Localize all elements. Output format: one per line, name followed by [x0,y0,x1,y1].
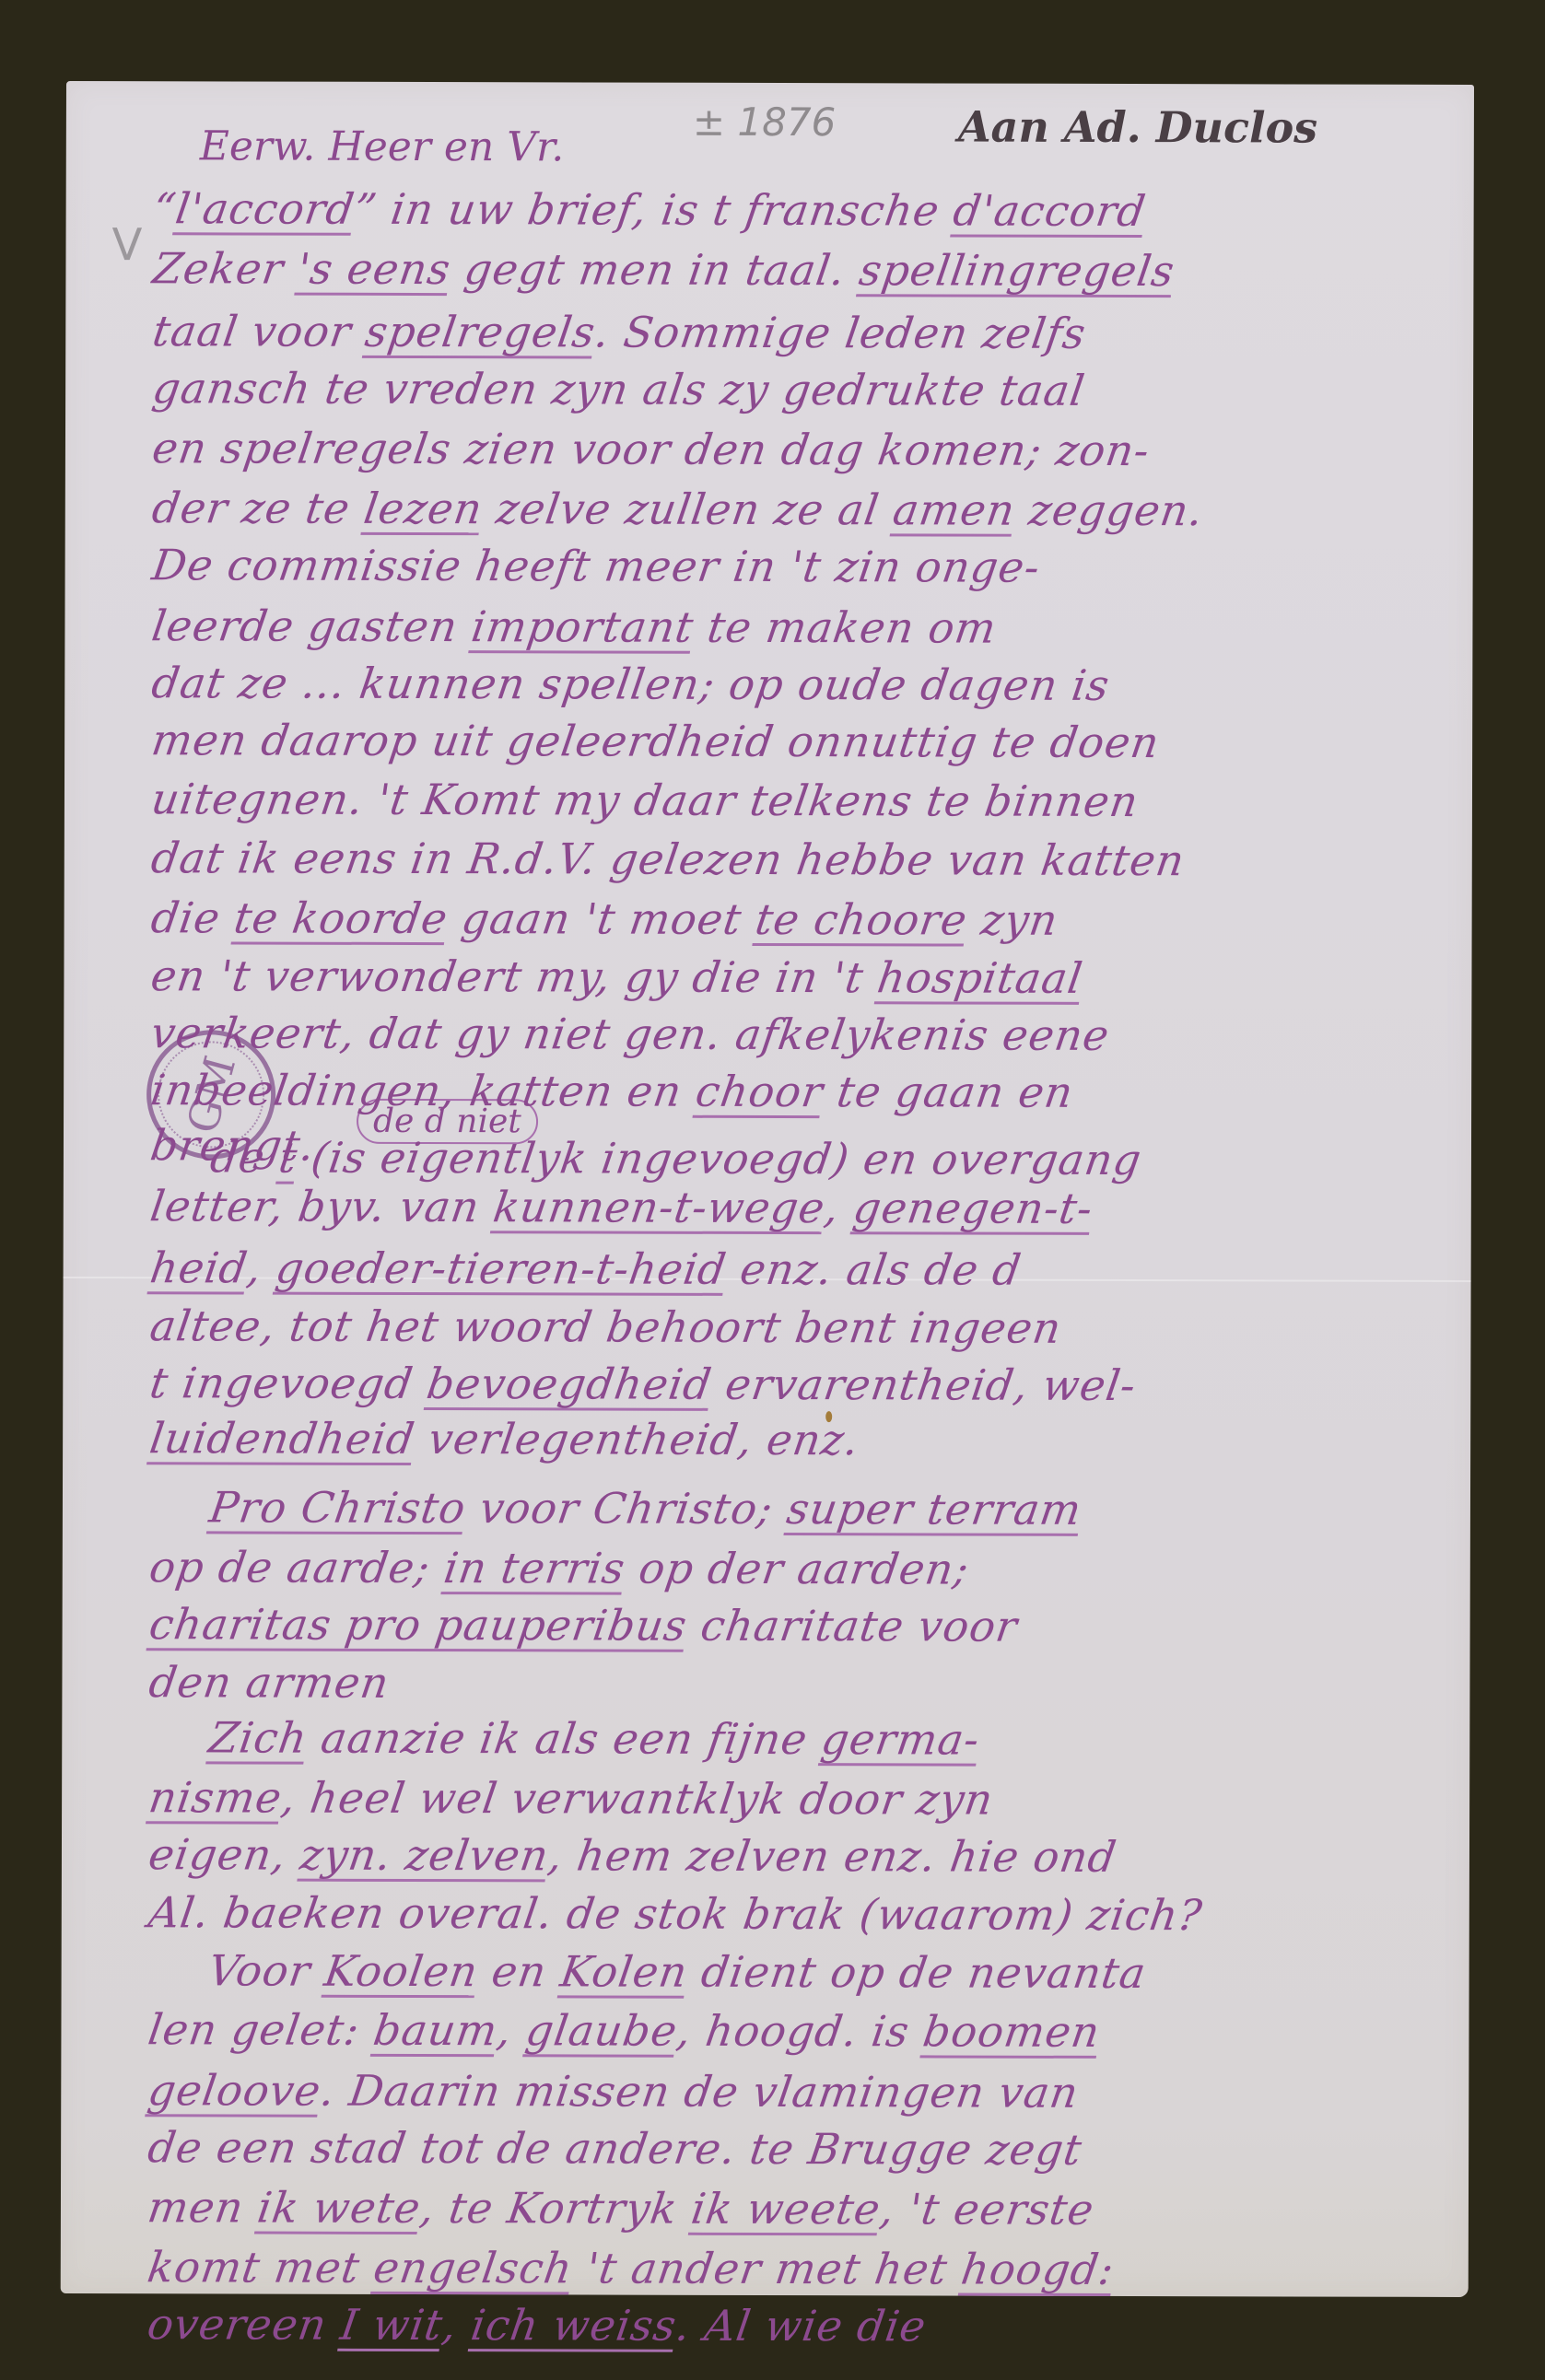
underlined-word: heid [147,1242,252,1292]
handwritten-line: Pro Christo voor Christo; super terram [207,1486,1084,1530]
underlined-word: Pro Christo [206,1482,469,1533]
letter-body: “l'accord” in uw brief, is t fransche d'… [66,81,1474,85]
handwritten-line: dat ik eens in R.d.V. gelezen hebbe van … [149,836,1188,881]
handwritten-line: men daarop uit geleerdheid onnuttig te d… [149,718,1163,764]
underlined-word: in terris [441,1543,629,1592]
underlined-word: important [468,601,696,652]
underlined-word: Kolen [557,1946,691,1996]
handwritten-line: taal voor spelregels. Sommige leden zelf… [150,309,1089,355]
handwritten-line: Zich aanzie ik als een fijne germa- [206,1716,983,1760]
underlined-word: t [275,1133,300,1183]
handwritten-line: t ingevoegd bevoegdheid ervarentheid, we… [147,1361,1139,1406]
handwritten-line: De commissie heeft meer in 't zin onge- [149,543,1043,589]
underlined-word: Koolen [322,1946,482,1996]
underlined-word: glaube [522,2005,681,2055]
handwritten-line: Al. baeken overal. de stok brak (waarom)… [146,1891,1205,1936]
underlined-word: genegen-t- [850,1183,1096,1233]
handwritten-line: uitegnen. 't Komt my daar telkens te bin… [149,777,1141,822]
handwritten-line: eigen, zyn. zelven, hem zelven enz. hie … [146,1833,1119,1878]
margin-check-mark: V [111,219,142,271]
handwritten-line: gansch te vreden zyn als zy gedrukte taa… [150,367,1088,412]
underlined-word: amen [890,484,1019,534]
underlined-word: spellingregels [856,245,1177,296]
underlined-word: nisme [146,1772,286,1822]
pencil-date: ± 1876 [693,99,837,145]
handwritten-line: de t (is eigentlyk ingevoegd) en overgan… [208,1136,1144,1181]
underlined-word: hoogd: [958,2245,1118,2294]
underlined-word: ik wete [254,2183,424,2233]
underlined-word: germa- [818,1714,983,1764]
underlined-word: te choore [753,894,971,945]
underlined-word: Zich [205,1712,310,1762]
underlined-word: 's eens [295,244,454,294]
underlined-word: goeder-tieren-t-heid [273,1243,730,1294]
underlined-word: lezen [361,484,486,533]
handwritten-line: en 't verwondert my, gy die in 't hospit… [148,954,1085,999]
underlined-word: choor [693,1067,827,1116]
handwritten-line: den armen [146,1661,392,1704]
handwritten-line: dat ze ... kunnen spellen; op oude dagen… [149,661,1113,706]
underlined-word: engelsch [370,2243,576,2293]
handwritten-line: geloove. Daarin missen de vlamingen van [146,2069,1082,2114]
handwritten-line: Voor Koolen en Kolen dient op de nevanta [205,1949,1149,1994]
handwritten-line: inbeeldingen, katten en choor te gaan en [148,1068,1076,1114]
handwritten-line: heid, goeder-tieren-t-heid enz. als de d [147,1246,1024,1290]
underlined-word: te koorde [231,892,451,943]
underlined-word: ik weete [688,2184,884,2234]
underlined-word: geloove [145,2065,324,2115]
underlined-word: I wit [337,2300,446,2350]
recipient-line: Aan Ad. Duclos [958,102,1317,153]
handwritten-line: luidendheid verlegentheid, enz. [147,1417,862,1461]
underlined-word: zyn. zelven [298,1830,553,1881]
underlined-word: super terram [784,1484,1085,1534]
underlined-word: baum [370,2005,501,2055]
underlined-word: l'accord [172,183,357,233]
letter-page: V Eerw. Heer en Vr. ± 1876 Aan Ad. Duclo… [61,81,1474,2297]
underlined-word: kunnen-t-wege [490,1182,828,1232]
handwritten-line: leerde gasten important te maken om [149,604,1000,648]
handwritten-line: men ik wete, te Kortryk ik weete, 't eer… [146,2186,1097,2231]
handwritten-line: overeen I wit, ich weiss. Al wie die [145,2303,929,2347]
handwritten-line: die te koorde gaan 't moet te choore zyn [148,896,1060,941]
handwritten-line: charitas pro pauperibus charitate voor [146,1603,1020,1647]
handwritten-line: op de aarde; in terris op der aarden; [146,1546,972,1590]
underlined-word: boomen [920,2006,1104,2056]
underlined-word: bevoegdheid [424,1359,715,1409]
underlined-word: d'accord [950,186,1149,237]
handwritten-line: altee, tot het woord behoort bent ingeen [147,1304,1064,1349]
handwritten-line: “l'accord” in uw brief, is t fransche d'… [150,187,1148,232]
salutation: Eerw. Heer en Vr. [200,122,565,170]
handwritten-line: letter, byv. van kunnen-t-wege, genegen-… [148,1184,1096,1230]
handwritten-line: en spelregels zien voor den dag komen; z… [150,426,1153,472]
handwritten-line: der ze te lezen zelve zullen ze al amen … [149,486,1206,531]
handwritten-line: verkeert, dat gy niet gen. afkelykenis e… [148,1011,1112,1056]
handwritten-line: komt met engelsch 't ander met het hoogd… [145,2246,1117,2291]
underlined-word: ich weiss [468,2300,680,2351]
handwritten-line: de een stad tot de andere. te Brugge zeg… [146,2126,1085,2171]
handwritten-line: nisme, heel wel verwantklyk door zyn [146,1776,996,1820]
handwritten-line: len gelet: baum, glaube, hoogd. is boome… [146,2008,1103,2053]
handwritten-line: Zeker 's eens gegt men in taal. spelling… [150,247,1177,292]
underlined-word: hospitaal [874,952,1086,1003]
underlined-word: charitas pro pauperibus [146,1599,691,1651]
underlined-word: luidendheid [146,1413,418,1464]
underlined-word: spelregels [362,307,599,357]
